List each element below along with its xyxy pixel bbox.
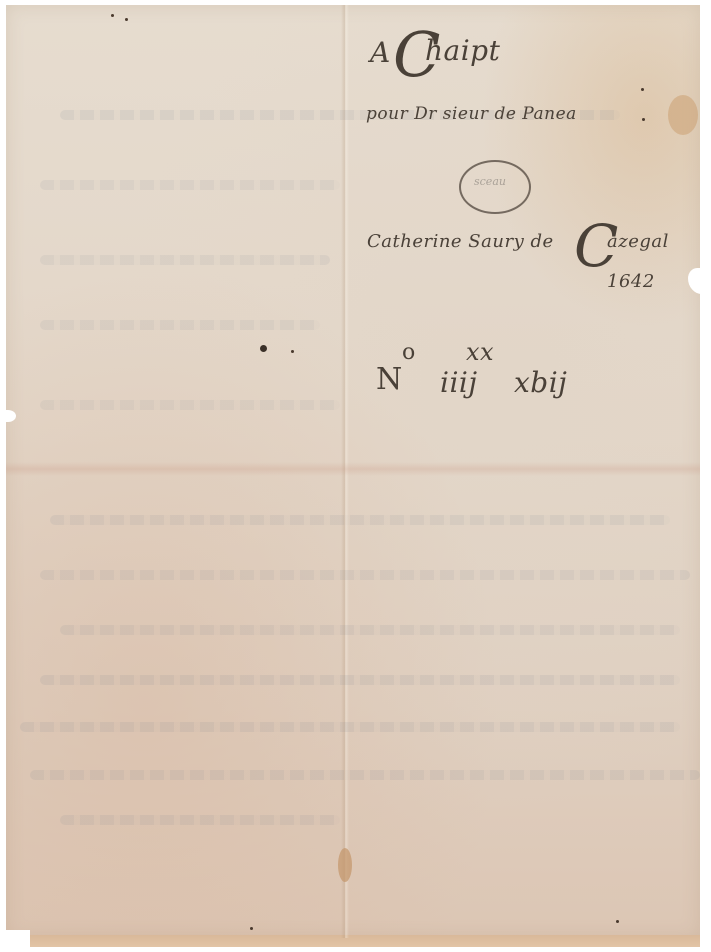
bleed-through-line <box>20 722 680 732</box>
speck <box>291 350 294 353</box>
addressee-line: pour Dr sieur de Panea <box>366 104 577 124</box>
edge-tear-bottom-left <box>0 930 30 952</box>
speck <box>111 14 114 17</box>
number-roman-upper: xx <box>466 338 494 366</box>
edge-tear-left <box>0 410 16 422</box>
bleed-through-line <box>40 320 320 330</box>
speck <box>642 118 645 121</box>
speck <box>250 927 253 930</box>
number-prefix: N <box>376 362 403 397</box>
name-line-end: azegal <box>607 231 669 252</box>
speck <box>125 18 128 21</box>
number-roman-main: iiij <box>440 366 478 399</box>
water-stain-top-right <box>668 95 698 135</box>
bleed-through-line <box>40 570 690 580</box>
fold-stain-bottom <box>338 848 352 882</box>
bleed-through-line <box>30 770 700 780</box>
ink-blot <box>260 345 267 352</box>
name-line: Catherine Saury de <box>367 231 554 252</box>
number-roman-suffix: xbij <box>514 366 567 399</box>
heading-word: haipt <box>425 34 500 67</box>
bleed-through-line <box>40 675 680 685</box>
bleed-through-line <box>50 515 670 525</box>
speck <box>616 920 619 923</box>
bleed-through-line <box>40 400 340 410</box>
bleed-through-line <box>60 625 680 635</box>
bleed-through-line <box>40 180 340 190</box>
bleed-through-line <box>40 255 330 265</box>
number-superscript: o <box>402 340 416 365</box>
seal-inner-text: sceau <box>474 175 506 188</box>
page-bottom-edge <box>30 935 700 947</box>
speck <box>641 88 644 91</box>
horizontal-fold-line <box>6 462 700 476</box>
bleed-through-line <box>60 815 340 825</box>
year: 1642 <box>607 271 655 292</box>
heading-prefix: A <box>370 36 391 69</box>
